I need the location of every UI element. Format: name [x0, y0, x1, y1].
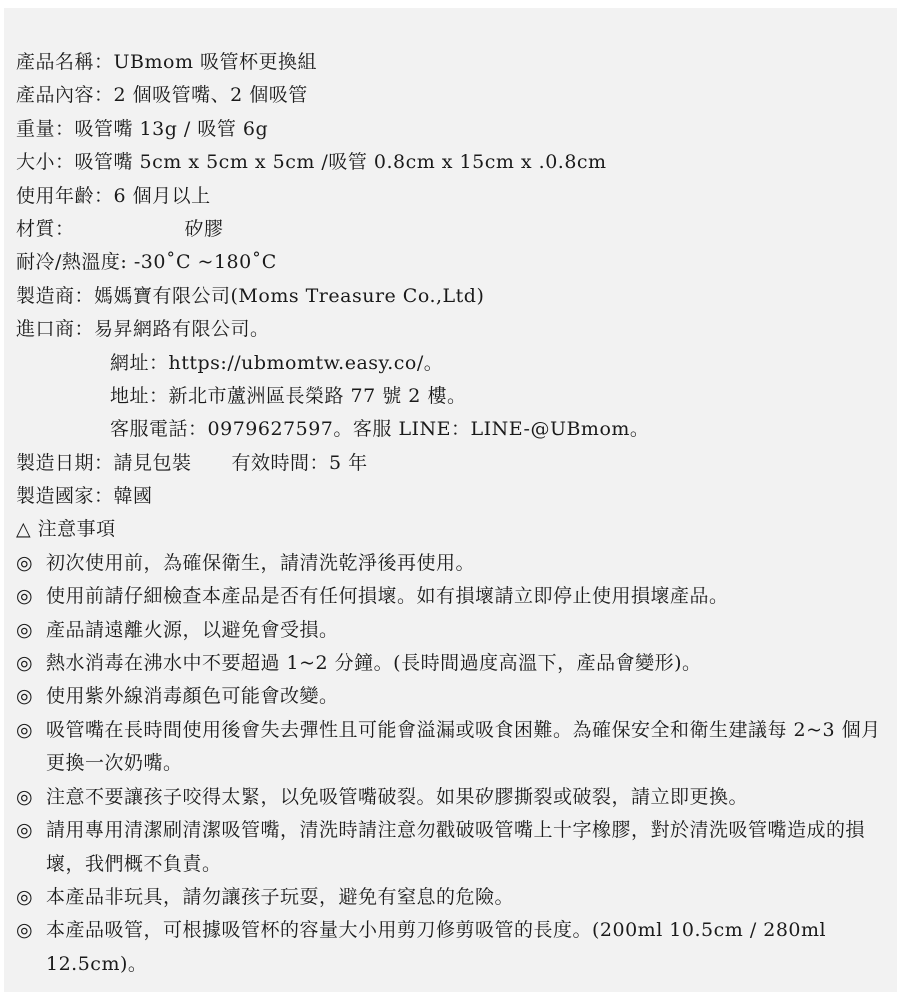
importer-value: 易昇網路有限公司。 — [94, 318, 270, 340]
notice-item: ◎ 產品請遠離火源，以避免會受損。 — [16, 614, 891, 647]
expiry-value: 5 年 — [329, 452, 368, 474]
temperature-label: 耐冷/熱溫度: — [16, 251, 134, 273]
bullet-circle-icon: ◎ — [16, 547, 46, 580]
notice-text: 初次使用前，為確保衛生，請清洗乾淨後再使用。 — [46, 547, 891, 580]
age-row: 使用年齡：6 個月以上 — [16, 180, 891, 213]
material-label: 材質： — [16, 218, 75, 240]
notice-text: 使用紫外線消毒顏色可能會改變。 — [46, 680, 891, 713]
bullet-circle-icon: ◎ — [16, 580, 46, 613]
origin-row: 製造國家：韓國 — [16, 480, 891, 513]
temperature-value: -30˚C ~180˚C — [134, 251, 277, 273]
address-row: 地址：新北市蘆洲區長榮路 77 號 2 樓。 — [16, 380, 891, 413]
material-row: 材質：矽膠 — [16, 213, 891, 246]
notice-text: 本產品吸管，可根據吸管杯的容量大小用剪刀修剪吸管的長度。(200ml 10.5c… — [46, 914, 891, 981]
size-label: 大小： — [16, 151, 75, 173]
age-value: 6 個月以上 — [114, 185, 211, 207]
notice-item: ◎ 吸管嘴在長時間使用後會失去彈性且可能會溢漏或吸食困難。為確保安全和衛生建議每… — [16, 714, 891, 781]
notice-item: ◎ 使用前請仔細檢查本產品是否有任何損壞。如有損壞請立即停止使用損壞產品。 — [16, 580, 891, 613]
customer-service-row: 客服電話：0979627597。客服 LINE：LINE-@UBmom。 — [16, 413, 891, 446]
weight-row: 重量：吸管嘴 13g / 吸管 6g — [16, 113, 891, 146]
bullet-circle-icon: ◎ — [16, 714, 46, 781]
address-label: 地址： — [110, 385, 169, 407]
notice-item: ◎ 注意不要讓孩子咬得太緊，以免吸管嘴破裂。如果矽膠撕裂或破裂，請立即更換。 — [16, 781, 891, 814]
date-expiry-row: 製造日期：請見包裝有效時間：5 年 — [16, 447, 891, 480]
bullet-circle-icon: ◎ — [16, 814, 46, 881]
notice-text: 本產品非玩具，請勿讓孩子玩耍，避免有窒息的危險。 — [46, 881, 891, 914]
notice-text: 熱水消毒在沸水中不要超過 1~2 分鐘。(長時間過度高溫下，產品會變形)。 — [46, 647, 891, 680]
origin-label: 製造國家： — [16, 485, 114, 507]
bullet-circle-icon: ◎ — [16, 680, 46, 713]
notice-item: ◎ 初次使用前，為確保衛生，請清洗乾淨後再使用。 — [16, 547, 891, 580]
notice-text: 吸管嘴在長時間使用後會失去彈性且可能會溢漏或吸食困難。為確保安全和衛生建議每 2… — [46, 714, 891, 781]
bullet-circle-icon: ◎ — [16, 881, 46, 914]
bullet-circle-icon: ◎ — [16, 614, 46, 647]
expiry-label: 有效時間： — [232, 452, 330, 474]
product-info-content: 產品名稱：UBmom 吸管杯更換組 產品內容：2 個吸管嘴、2 個吸管 重量：吸… — [16, 46, 891, 981]
manufacturer-value: 媽媽寶有限公司(Moms Treasure Co.,Ltd) — [94, 285, 484, 307]
manufacturer-label: 製造商： — [16, 285, 94, 307]
origin-value: 韓國 — [114, 485, 153, 507]
size-row: 大小：吸管嘴 5cm x 5cm x 5cm /吸管 0.8cm x 15cm … — [16, 146, 891, 179]
notice-text: 使用前請仔細檢查本產品是否有任何損壞。如有損壞請立即停止使用損壞產品。 — [46, 580, 891, 613]
customer-service-label: 客服電話： — [110, 418, 208, 440]
product-name-row: 產品名稱：UBmom 吸管杯更換組 — [16, 46, 891, 79]
importer-label: 進口商： — [16, 318, 94, 340]
notices-header: △ 注意事項 — [16, 513, 891, 546]
product-info-panel: 產品名稱：UBmom 吸管杯更換組 產品內容：2 個吸管嘴、2 個吸管 重量：吸… — [4, 8, 897, 992]
notice-item: ◎ 本產品非玩具，請勿讓孩子玩耍，避免有窒息的危險。 — [16, 881, 891, 914]
mfg-date-value: 請見包裝 — [114, 452, 192, 474]
warning-triangle-icon: △ — [16, 518, 31, 540]
website-row: 網址：https://ubmomtw.easy.co/。 — [16, 347, 891, 380]
bullet-circle-icon: ◎ — [16, 647, 46, 680]
manufacturer-row: 製造商：媽媽寶有限公司(Moms Treasure Co.,Ltd) — [16, 280, 891, 313]
bullet-circle-icon: ◎ — [16, 781, 46, 814]
bullet-circle-icon: ◎ — [16, 914, 46, 981]
notice-text: 產品請遠離火源，以避免會受損。 — [46, 614, 891, 647]
weight-value: 吸管嘴 13g / 吸管 6g — [75, 118, 269, 140]
weight-label: 重量： — [16, 118, 75, 140]
address-value: 新北市蘆洲區長榮路 77 號 2 樓。 — [169, 385, 467, 407]
mfg-date-label: 製造日期： — [16, 452, 114, 474]
product-contents-row: 產品內容：2 個吸管嘴、2 個吸管 — [16, 79, 891, 112]
age-label: 使用年齡： — [16, 185, 114, 207]
temperature-row: 耐冷/熱溫度: -30˚C ~180˚C — [16, 246, 891, 279]
notices-title: 注意事項 — [38, 518, 116, 540]
material-value: 矽膠 — [185, 218, 224, 240]
customer-service-value: 0979627597。客服 LINE：LINE-@UBmom。 — [208, 418, 650, 440]
notice-item: ◎ 本產品吸管，可根據吸管杯的容量大小用剪刀修剪吸管的長度。(200ml 10.… — [16, 914, 891, 981]
notice-text: 注意不要讓孩子咬得太緊，以免吸管嘴破裂。如果矽膠撕裂或破裂，請立即更換。 — [46, 781, 891, 814]
notice-item: ◎ 請用專用清潔刷清潔吸管嘴，清洗時請注意勿戳破吸管嘴上十字橡膠，對於清洗吸管嘴… — [16, 814, 891, 881]
product-contents-value: 2 個吸管嘴、2 個吸管 — [114, 84, 308, 106]
notice-text: 請用專用清潔刷清潔吸管嘴，清洗時請注意勿戳破吸管嘴上十字橡膠，對於清洗吸管嘴造成… — [46, 814, 891, 881]
size-value: 吸管嘴 5cm x 5cm x 5cm /吸管 0.8cm x 15cm x .… — [75, 151, 607, 173]
website-value: https://ubmomtw.easy.co/。 — [169, 352, 444, 374]
website-label: 網址： — [110, 352, 169, 374]
importer-row: 進口商：易昇網路有限公司。 — [16, 313, 891, 346]
product-contents-label: 產品內容： — [16, 84, 114, 106]
notice-item: ◎ 熱水消毒在沸水中不要超過 1~2 分鐘。(長時間過度高溫下，產品會變形)。 — [16, 647, 891, 680]
product-name-label: 產品名稱： — [16, 51, 114, 73]
notice-item: ◎ 使用紫外線消毒顏色可能會改變。 — [16, 680, 891, 713]
product-name-value: UBmom 吸管杯更換組 — [114, 51, 318, 73]
